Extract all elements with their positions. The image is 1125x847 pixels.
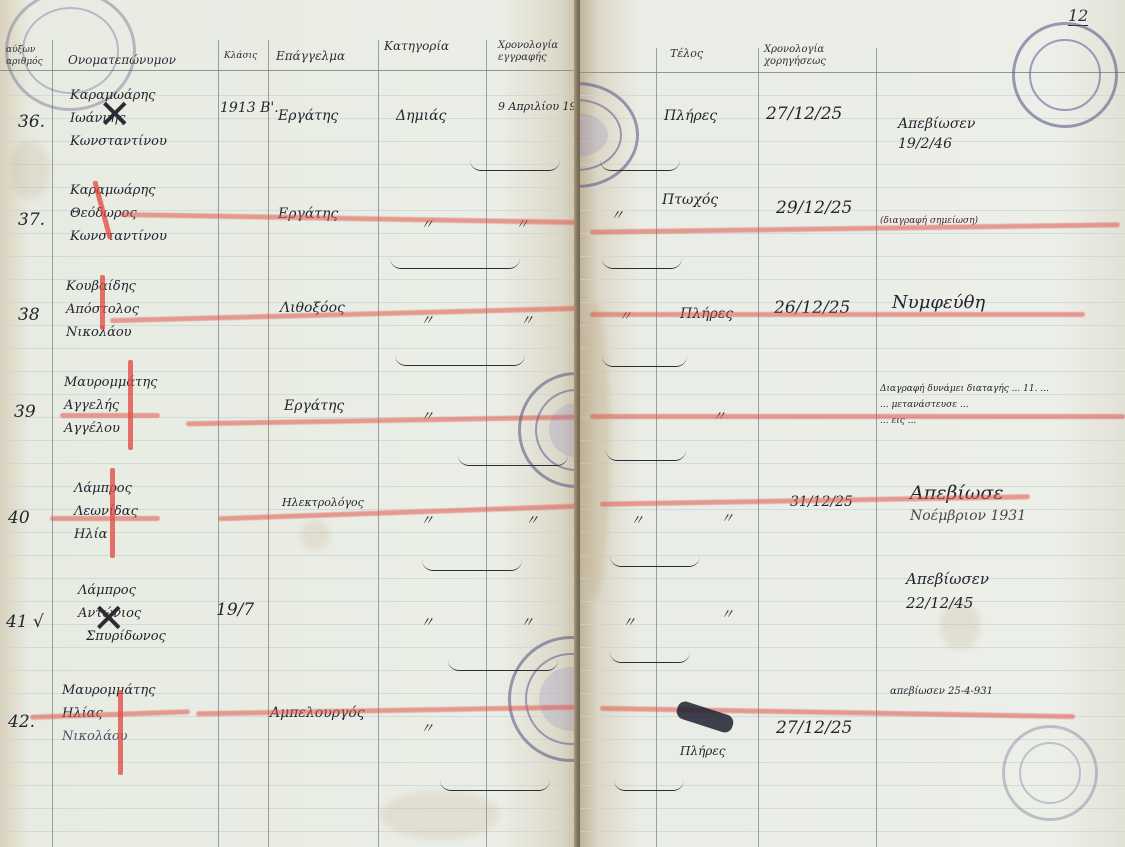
ditto-mark: 〃 — [610, 205, 624, 225]
year-class: 1913 Β'. — [220, 100, 279, 116]
header-profession: Επάγγελμα — [276, 50, 345, 62]
left-page: αύξων αριθμός Ονοματεπώνυμον Κλάσις Επάγ… — [0, 0, 578, 847]
official-stamp — [1012, 22, 1118, 128]
issue-date: 27/12/25 — [766, 104, 842, 124]
remark: Νοέμβριον 1931 — [910, 508, 1026, 524]
remark: απεβίωσεν 25-4-931 — [890, 684, 993, 699]
header-year: Κλάσις — [224, 50, 264, 62]
surname: Μαυρομμάτης — [64, 372, 157, 394]
header-category: Κατηγορία — [384, 40, 449, 52]
father-name: Ηλία — [74, 524, 107, 546]
cross-out-mark: ✕ — [92, 596, 126, 642]
ditto-mark: 〃 — [520, 612, 534, 632]
remark: 22/12/45 — [906, 594, 973, 612]
fee: Πτωχός — [662, 192, 718, 208]
faded-stamp — [1002, 725, 1098, 821]
ink-scribble — [675, 699, 736, 734]
serial-number: 40 — [8, 508, 30, 528]
official-stamp — [580, 82, 639, 188]
year-class: 19/7 — [216, 600, 254, 620]
header-serial: αύξων αριθμός — [6, 44, 52, 68]
ditto-mark: 〃 — [720, 604, 734, 624]
remark: Απεβίωσεν — [906, 570, 989, 588]
header-date-issue: Χρονολογία χορηγήσεως — [764, 44, 874, 68]
father-name: Αγγέλου — [64, 418, 120, 440]
remark: Απεβίωσεν — [898, 116, 975, 132]
surname: Λάμπρος — [74, 478, 132, 500]
official-stamp — [518, 372, 578, 488]
father-name: Νικολάου — [66, 322, 132, 344]
issue-date: 29/12/25 — [776, 198, 852, 218]
surname: Μαυρομμάτης — [62, 680, 155, 702]
profession: Εργάτης — [278, 108, 338, 124]
serial-number: 37. — [18, 210, 45, 230]
ditto-mark: 〃 — [420, 612, 434, 632]
remark: ... μετανάστευσε ... — [880, 398, 969, 413]
serial-number: 38 — [18, 305, 40, 325]
ditto-mark: 〃 — [720, 508, 734, 528]
entry-date: 9 Απριλίου 1920 — [498, 100, 578, 113]
ditto-mark: 〃 — [525, 510, 539, 530]
remark: 19/2/46 — [898, 136, 952, 152]
header-date-entry: Χρονολογία εγγραφής — [498, 40, 578, 64]
serial-number: 41 √ — [6, 612, 44, 632]
fee: Πλήρες — [664, 108, 717, 124]
surname: Καραμωάρης — [70, 180, 155, 202]
serial-number: 36. — [18, 112, 45, 132]
category: Δημιάς — [396, 108, 446, 124]
remark: Νυμφεύθη — [892, 292, 985, 313]
profession: Ηλεκτρολόγος — [282, 496, 364, 509]
fee: Πλήρες — [680, 744, 725, 758]
ditto-mark: 〃 — [630, 510, 644, 530]
right-page: 12 Τέλος Χρονολογία χορηγήσεως Πλήρες 27… — [580, 0, 1125, 847]
father-name: Κωνσταντίνου — [70, 226, 167, 248]
official-stamp — [508, 636, 578, 762]
header-fee: Τέλος — [670, 48, 703, 60]
profession: Εργάτης — [284, 398, 344, 414]
ditto-mark: 〃 — [420, 406, 434, 426]
header-name: Ονοματεπώνυμον — [68, 54, 176, 66]
ditto-mark: 〃 — [622, 612, 636, 632]
ditto-mark: 〃 — [420, 718, 434, 738]
ditto-mark: 〃 — [520, 310, 534, 330]
cross-out-mark: ✕ — [98, 92, 132, 138]
serial-number: 39 — [14, 402, 36, 422]
issue-date: 27/12/25 — [776, 718, 852, 738]
remark: Διαγραφή δυνάμει διαταγής ... 11. ... — [880, 382, 1049, 397]
